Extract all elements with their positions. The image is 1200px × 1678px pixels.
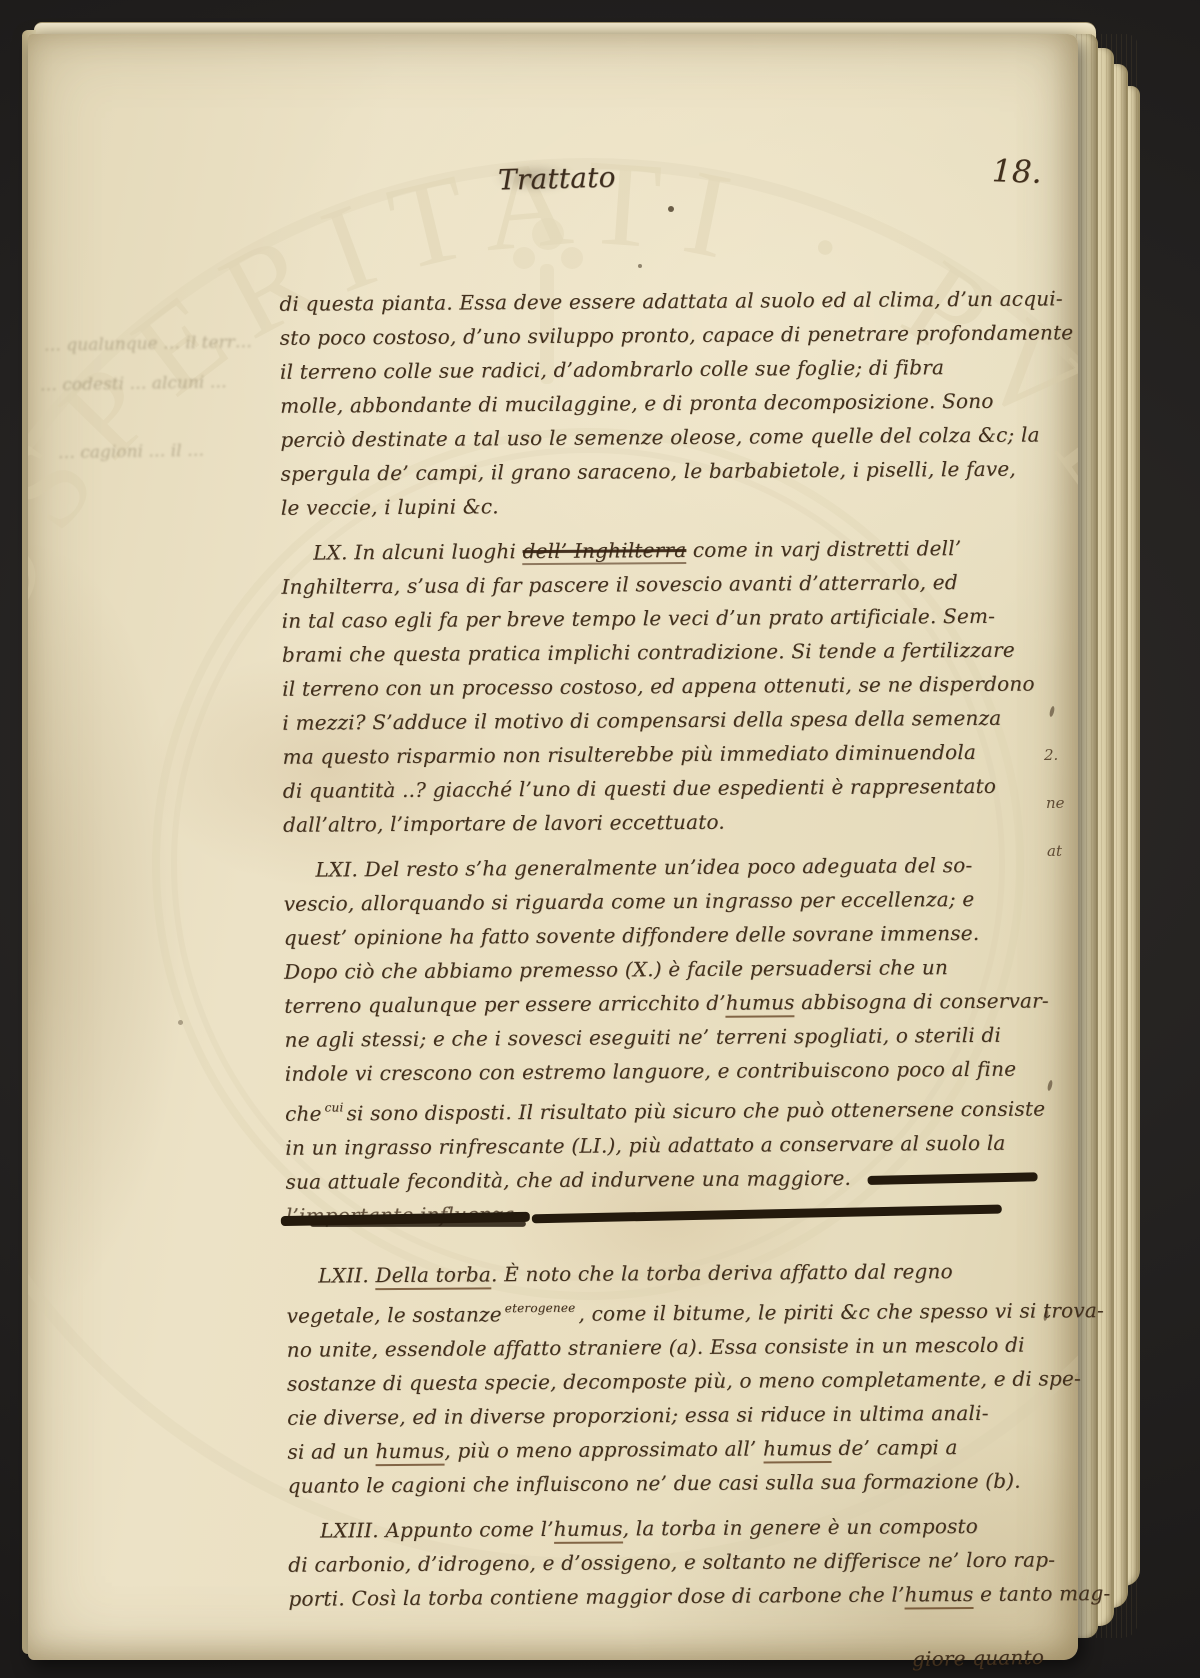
- text-segment: quanto le cagioni che influiscono ne’ du…: [288, 1469, 1021, 1498]
- ink-speck: [178, 1020, 183, 1025]
- text-segment: sostanze di questa specie, decomposte pi…: [287, 1366, 1081, 1396]
- paragraph: di questa pianta. Essa deve essere adatt…: [279, 281, 1081, 525]
- manuscript-line: il terreno colle sue radici, d’adombrarl…: [280, 349, 1080, 389]
- ink-speck: [668, 206, 674, 212]
- manuscript-line: si ad un humus, più o meno approssimato …: [287, 1429, 1087, 1469]
- text-segment: porti. Così la torba contiene maggior do…: [288, 1582, 904, 1610]
- text-segment: eterogenee: [505, 1301, 576, 1315]
- paragraph: LXII. Della torba. È noto che la torba d…: [286, 1253, 1088, 1503]
- manuscript-line: dall’altro, l’importare de lavori eccett…: [283, 802, 1083, 842]
- text-segment: come in varj distretti dell’: [686, 536, 961, 562]
- page-number: 18.: [991, 153, 1042, 191]
- manuscript-line: perciò destinate a tal uso le semenze ol…: [280, 417, 1080, 457]
- manuscript-line: sostanze di questa specie, decomposte pi…: [287, 1361, 1087, 1401]
- ink-speck: [638, 264, 642, 268]
- text-segment: LXI. Del resto s’ha generalmente un’idea…: [315, 853, 972, 882]
- manuscript-line: vegetale, le sostanzeeterogenee, come il…: [286, 1287, 1086, 1333]
- text-segment: vegetale, le sostanze: [286, 1302, 501, 1328]
- text-segment: humus: [763, 1436, 832, 1463]
- text-segment: ne agli stessi; e che i sovesci eseguiti…: [285, 1023, 1002, 1052]
- text-segment: humus: [554, 1516, 623, 1543]
- manuscript-line: le veccie, i lupini &c.: [281, 485, 1081, 525]
- manuscript-line: vescio, allorquando si riguarda come un …: [284, 881, 1084, 921]
- paragraph: LXI. Del resto s’ha generalmente un’idea…: [283, 847, 1086, 1233]
- showthrough-line: … cagioni … il …: [58, 441, 204, 464]
- manuscript-line: indole vi crescono con estremo languore,…: [285, 1051, 1085, 1091]
- manuscript-line: LXIII. Appunto come l’humus, la torba in…: [288, 1508, 1088, 1548]
- manuscript-line: di questa pianta. Essa deve essere adatt…: [279, 281, 1079, 321]
- text-segment: il terreno con un processo costoso, ed a…: [282, 672, 1035, 701]
- text-segment: le veccie, i lupini &c.: [281, 494, 499, 520]
- text-segment: dell’ Inghilterra: [522, 538, 686, 565]
- manuscript-line: Inghilterra, s’usa di far pascere il sov…: [281, 564, 1081, 604]
- margin-note: 2.: [1044, 746, 1058, 764]
- text-segment: , come il bitume, le piriti &c che spess…: [578, 1298, 1104, 1326]
- text-segment: humus: [905, 1582, 974, 1609]
- text-segment: humus: [726, 990, 795, 1017]
- manuscript-line: quanto le cagioni che influiscono ne’ du…: [288, 1463, 1088, 1503]
- manuscript-line: i mezzi? S’adduce il motivo di compensar…: [282, 700, 1082, 740]
- text-segment: l’importante influenza: [286, 1202, 522, 1228]
- text-segment: [531, 1205, 1001, 1224]
- paragraph: LX. In alcuni luoghi dell’ Inghilterra c…: [281, 530, 1083, 842]
- text-segment: in un ingrasso rinfrescante (LI.), più a…: [285, 1131, 1005, 1160]
- text-segment: i mezzi? S’adduce il motivo di compensar…: [282, 706, 1001, 735]
- manuscript-page: PROSPERITATI · PVBLICAE … qualunque … il…: [28, 34, 1078, 1660]
- text-segment: spergula de’ campi, il grano saraceno, l…: [281, 457, 1016, 486]
- margin-note: ne: [1046, 794, 1065, 812]
- text-segment: de’ campi a: [832, 1435, 958, 1460]
- paragraph: LXIII. Appunto come l’humus, la torba in…: [288, 1508, 1089, 1616]
- manuscript-line: il terreno con un processo costoso, ed a…: [282, 666, 1082, 706]
- text-segment: si ad un: [287, 1439, 375, 1464]
- manuscript-line: sua attuale fecondità, che ad indurvene …: [285, 1159, 1085, 1199]
- manuscript-line: ma questo risparmio non risulterebbe più…: [282, 734, 1082, 774]
- manuscript-line: cie diverse, ed in diverse proporzioni; …: [287, 1395, 1087, 1435]
- text-segment: di questa pianta. Essa deve essere adatt…: [279, 286, 1063, 315]
- manuscript-line: in tal caso egli fa per breve tempo le v…: [282, 598, 1082, 638]
- running-title: Trattato: [498, 160, 616, 196]
- margin-note: at: [1047, 842, 1062, 860]
- manuscript-line: quest’ opinione ha fatto sovente diffond…: [284, 915, 1084, 955]
- text-segment: in tal caso egli fa per breve tempo le v…: [282, 604, 996, 633]
- text-segment: si sono disposti. Il risultato più sicur…: [346, 1096, 1045, 1125]
- text-segment: LX. In alcuni luoghi: [313, 539, 523, 564]
- manuscript-line: no unite, essendole affatto straniere (a…: [287, 1327, 1087, 1367]
- text-segment: indole vi crescono con estremo languore,…: [285, 1057, 1017, 1086]
- manuscript-line: spergula de’ campi, il grano saraceno, l…: [281, 451, 1081, 491]
- manuscript-line: checuisi sono disposti. Il risultato più…: [285, 1085, 1085, 1131]
- text-segment: perciò destinate a tal uso le semenze ol…: [280, 423, 1039, 452]
- manuscript-line: di quantità ..? giacché l’uno di questi …: [283, 768, 1083, 808]
- manuscript-line: molle, abbondante di mucilaggine, e di p…: [280, 383, 1080, 423]
- text-segment: dall’altro, l’importare de lavori eccett…: [283, 810, 725, 837]
- manuscript-line: porti. Così la torba contiene maggior do…: [288, 1576, 1088, 1616]
- text-segment: [868, 1172, 1038, 1185]
- text-segment: di carbonio, d’idrogeno, e d’ossigeno, e…: [288, 1547, 1055, 1576]
- manuscript-line: Dopo ciò che abbiamo premesso (X.) è fac…: [284, 949, 1084, 989]
- text-segment: humus: [375, 1439, 444, 1466]
- text-segment: brami che questa pratica implichi contra…: [282, 638, 1015, 667]
- manuscript-line: sto poco costoso, d’uno sviluppo pronto,…: [280, 315, 1080, 355]
- text-segment: cui: [325, 1100, 344, 1114]
- text-segment: quest’ opinione ha fatto sovente diffond…: [284, 921, 980, 950]
- text-segment: , più o meno approssimato all’: [444, 1436, 763, 1462]
- text-segment: Della torba: [375, 1262, 491, 1290]
- manuscript-line: ne agli stessi; e che i sovesci eseguiti…: [284, 1017, 1084, 1057]
- text-segment: vescio, allorquando si riguarda come un …: [284, 887, 975, 916]
- text-segment: , la torba in genere è un composto: [623, 1514, 979, 1540]
- manuscript-line: LX. In alcuni luoghi dell’ Inghilterra c…: [281, 530, 1081, 570]
- text-segment: . È noto che la torba deriva affatto dal…: [491, 1259, 953, 1286]
- text-segment: LXIII. Appunto come l’: [320, 1517, 554, 1543]
- text-segment: sto poco costoso, d’uno sviluppo pronto,…: [280, 320, 1074, 350]
- manuscript-line: LXII. Della torba. È noto che la torba d…: [286, 1253, 1086, 1293]
- text-segment: terreno qualunque per essere arricchito …: [284, 991, 726, 1018]
- manuscript-line: terreno qualunque per essere arricchito …: [284, 983, 1084, 1023]
- text-segment: LXII.: [318, 1263, 375, 1287]
- text-segment: Inghilterra, s’usa di far pascere il sov…: [281, 570, 958, 599]
- text-segment: sua attuale fecondità, che ad indurvene …: [285, 1166, 857, 1194]
- text-segment: no unite, essendole affatto straniere (a…: [287, 1333, 1025, 1362]
- text-segment: e tanto mag-: [973, 1581, 1110, 1606]
- manuscript-line: in un ingrasso rinfrescante (LI.), più a…: [285, 1125, 1085, 1165]
- showthrough-line: … qualunque … il terr…: [44, 332, 252, 356]
- catchword: giore quanto: [912, 1645, 1044, 1671]
- text-segment: ma questo risparmio non risulterebbe più…: [283, 740, 977, 769]
- text-segment: che: [285, 1102, 322, 1126]
- text-segment: il terreno colle sue radici, d’adombrarl…: [280, 355, 944, 384]
- text-segment: Dopo ciò che abbiamo premesso (X.) è fac…: [284, 955, 948, 984]
- showthrough-line: … codesti … alcuni …: [40, 372, 227, 395]
- text-segment: molle, abbondante di mucilaggine, e di p…: [280, 389, 994, 418]
- text-segment: di quantità ..? giacché l’uno di questi …: [283, 774, 996, 803]
- manuscript-line: di carbonio, d’idrogeno, e d’ossigeno, e…: [288, 1542, 1088, 1582]
- manuscript-text: di questa pianta. Essa deve essere adatt…: [279, 281, 1088, 1627]
- manuscript-scan: PROSPERITATI · PVBLICAE … qualunque … il…: [0, 0, 1200, 1678]
- manuscript-line: brami che questa pratica implichi contra…: [282, 632, 1082, 672]
- text-segment: cie diverse, ed in diverse proporzioni; …: [287, 1401, 989, 1430]
- manuscript-line: LXI. Del resto s’ha generalmente un’idea…: [283, 847, 1083, 887]
- text-segment: abbisogna di conservar-: [795, 988, 1049, 1014]
- manuscript-line: l’importante influenza: [286, 1193, 1086, 1233]
